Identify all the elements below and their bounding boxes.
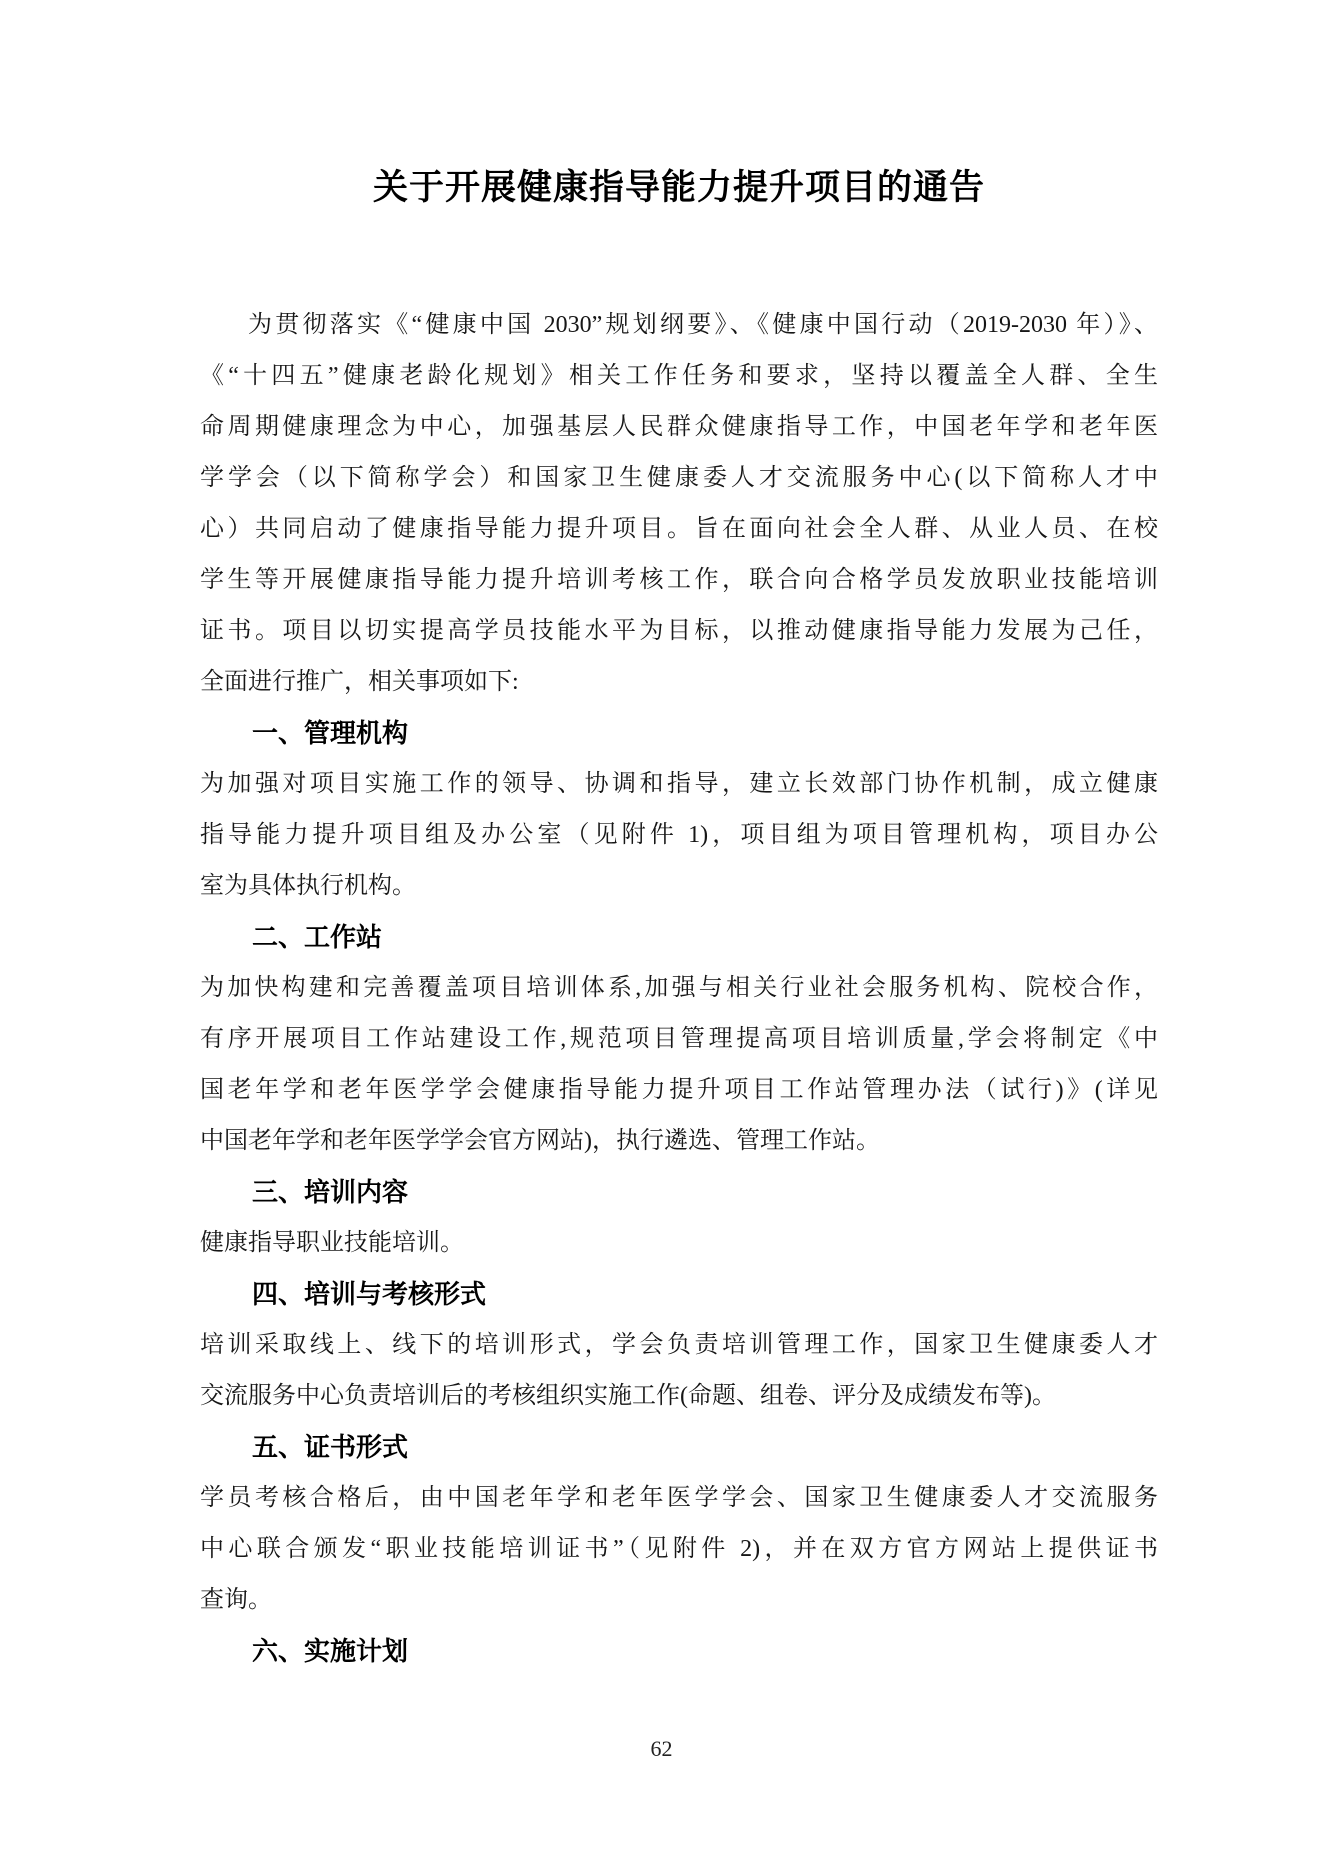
document-title: 关于开展健康指导能力提升项目的通告 bbox=[200, 160, 1158, 210]
text-line: 证书。项目以切实提高学员技能水平为目标，以推动健康指导能力发展为己任， bbox=[200, 606, 1158, 657]
section-heading: 五、证书形式 bbox=[200, 1422, 1158, 1473]
text-line: 中心联合颁发“职业技能培训证书”（见附件 2)，并在双方官方网站上提供证书 bbox=[200, 1524, 1158, 1575]
text-line: 国老年学和老年医学学会健康指导能力提升项目工作站管理办法（试行)》(详见 bbox=[200, 1065, 1158, 1116]
text-line: 学学会（以下简称学会）和国家卫生健康委人才交流服务中心(以下简称人才中 bbox=[200, 453, 1158, 504]
section-heading: 六、实施计划 bbox=[200, 1626, 1158, 1677]
text-line: 学员考核合格后，由中国老年学和老年医学学会、国家卫生健康委人才交流服务 bbox=[200, 1473, 1158, 1524]
text-line: 室为具体执行机构。 bbox=[200, 861, 1158, 912]
text-line: 交流服务中心负责培训后的考核组织实施工作(命题、组卷、评分及成绩发布等)。 bbox=[200, 1371, 1158, 1422]
text-line: 命周期健康理念为中心，加强基层人民群众健康指导工作，中国老年学和老年医 bbox=[200, 402, 1158, 453]
section-heading: 一、管理机构 bbox=[200, 708, 1158, 759]
text-line: 培训采取线上、线下的培训形式，学会负责培训管理工作，国家卫生健康委人才 bbox=[200, 1320, 1158, 1371]
text-line: 学生等开展健康指导能力提升培训考核工作，联合向合格学员发放职业技能培训 bbox=[200, 555, 1158, 606]
document-page: 关于开展健康指导能力提升项目的通告 为贯彻落实《“健康中国 2030”规划纲要》… bbox=[0, 0, 1323, 1871]
text-line: 有序开展项目工作站建设工作,规范项目管理提高项目培训质量,学会将制定《中 bbox=[200, 1014, 1158, 1065]
text-line: 指导能力提升项目组及办公室（见附件 1)，项目组为项目管理机构，项目办公 bbox=[200, 810, 1158, 861]
text-line: 心）共同启动了健康指导能力提升项目。旨在面向社会全人群、从业人员、在校 bbox=[200, 504, 1158, 555]
text-line: 全面进行推广，相关事项如下: bbox=[200, 657, 1158, 708]
page-number: 62 bbox=[0, 1736, 1323, 1762]
text-line: 查询。 bbox=[200, 1575, 1158, 1626]
document-body: 为贯彻落实《“健康中国 2030”规划纲要》、《健康中国行动（2019-2030… bbox=[200, 300, 1158, 1677]
section-heading: 四、培训与考核形式 bbox=[200, 1269, 1158, 1320]
text-line: 为贯彻落实《“健康中国 2030”规划纲要》、《健康中国行动（2019-2030… bbox=[200, 300, 1158, 351]
section-heading: 三、培训内容 bbox=[200, 1167, 1158, 1218]
text-line: 中国老年学和老年医学学会官方网站)，执行遴选、管理工作站。 bbox=[200, 1116, 1158, 1167]
text-line: 健康指导职业技能培训。 bbox=[200, 1218, 1158, 1269]
text-line: 为加强对项目实施工作的领导、协调和指导，建立长效部门协作机制，成立健康 bbox=[200, 759, 1158, 810]
text-line: 为加快构建和完善覆盖项目培训体系,加强与相关行业社会服务机构、院校合作， bbox=[200, 963, 1158, 1014]
text-line: 《“十四五”健康老龄化规划》相关工作任务和要求，坚持以覆盖全人群、全生 bbox=[200, 351, 1158, 402]
section-heading: 二、工作站 bbox=[200, 912, 1158, 963]
